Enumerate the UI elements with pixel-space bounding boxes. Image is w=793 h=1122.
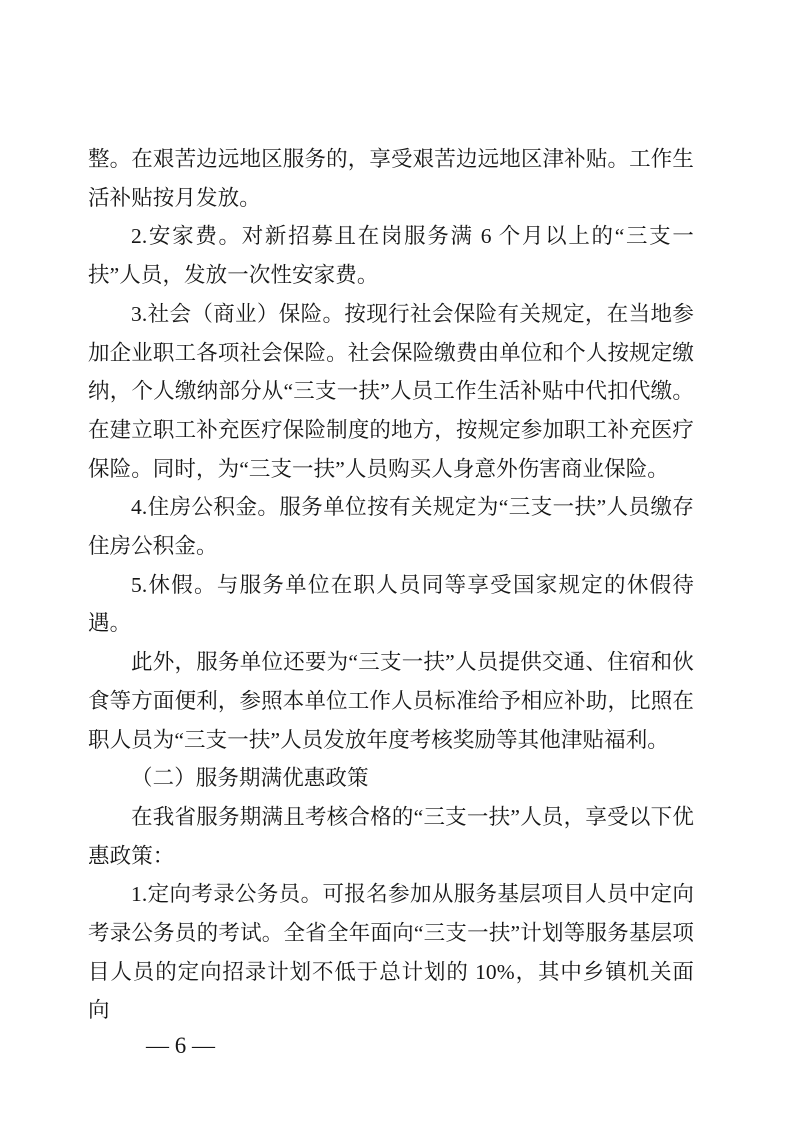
paragraph-additional-benefits: 此外，服务单位还要为“三支一扶”人员提供交通、住宿和伙食等方面便利，参照本单位工… xyxy=(88,643,694,759)
paragraph-carryover-allowance: 整。在艰苦边远地区服务的，享受艰苦边远地区津补贴。工作生活补贴按月发放。 xyxy=(88,140,694,217)
paragraph-3-social-commercial-insurance: 3.社会（商业）保险。按现行社会保险有关规定，在当地参加企业职工各项社会保险。社… xyxy=(88,295,694,489)
paragraph-2-settling-in-allowance: 2.安家费。对新招募且在岗服务满 6 个月以上的“三支一扶”人员，发放一次性安家… xyxy=(88,217,694,294)
document-body: 整。在艰苦边远地区服务的，享受艰苦边远地区津补贴。工作生活补贴按月发放。 2.安… xyxy=(88,140,694,1030)
page-footer: — 6 — xyxy=(123,1001,215,1091)
section-heading-service-expiry-policies: （二）服务期满优惠政策 xyxy=(88,759,694,798)
page-number: — 6 — xyxy=(146,1033,215,1058)
paragraph-4-housing-provident-fund: 4.住房公积金。服务单位按有关规定为“三支一扶”人员缴存住房公积金。 xyxy=(88,488,694,565)
paragraph-policy-intro: 在我省服务期满且考核合格的“三支一扶”人员，享受以下优惠政策： xyxy=(88,798,694,875)
document-page: 整。在艰苦边远地区服务的，享受艰苦边远地区津补贴。工作生活补贴按月发放。 2.安… xyxy=(0,0,793,1122)
paragraph-5-leave: 5.休假。与服务单位在职人员同等享受国家规定的休假待遇。 xyxy=(88,566,694,643)
